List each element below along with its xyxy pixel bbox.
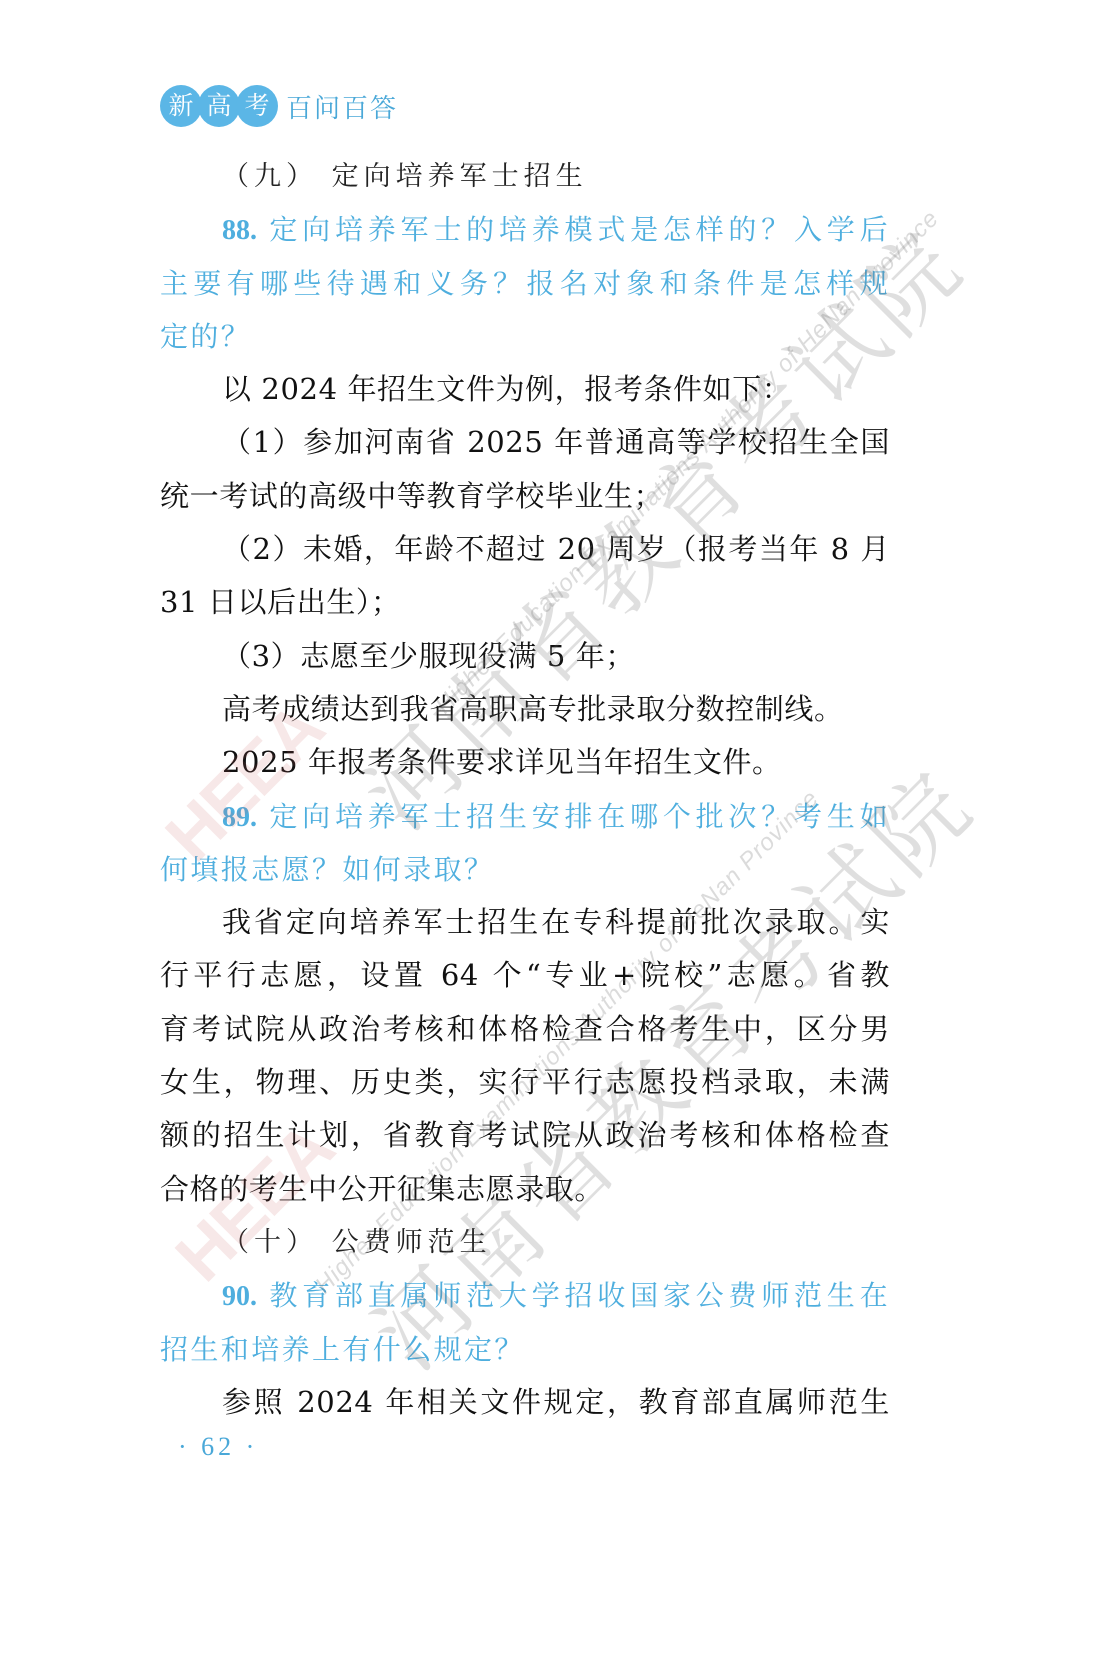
answer-88-line: 以 2024 年招生文件为例，报考条件如下： (160, 363, 890, 416)
series-badge: 新 高 考 (160, 85, 274, 127)
question-number: 89. (222, 802, 257, 833)
badge-circle-xin: 新 (160, 85, 202, 127)
question-text: 教育部直属师范大学招收国家公费师范生在 (267, 1279, 890, 1312)
question-89-line-1: 89.定向培养军士招生安排在哪个批次？考生如 (160, 790, 890, 843)
page-number: · 62 · (178, 1432, 258, 1462)
answer-89-line: 女生，物理、历史类，实行平行志愿投档录取，未满 (160, 1056, 890, 1109)
answer-90-line: 参照 2024 年相关文件规定，教育部直属师范生 (160, 1376, 890, 1429)
answer-88-line: 2025 年报考条件要求详见当年招生文件。 (160, 736, 890, 789)
document-page: 新 高 考 百问百答 （九） 定向培养军士招生 88.定向培养军士的培养模式是怎… (0, 0, 1102, 1654)
question-88-line-2: 主要有哪些待遇和义务？报名对象和条件是怎样规 (160, 257, 890, 310)
answer-89-line: 育考试院从政治考核和体格检查合格考生中，区分男 (160, 1003, 890, 1056)
answer-89-line: 行平行志愿，设置 64 个“专业+院校”志愿。省教 (160, 949, 890, 1002)
answer-88-line: 31 日以后出生）； (160, 576, 890, 629)
question-text: 定向培养军士的培养模式是怎样的？入学后 (267, 213, 890, 246)
section-heading-9: （九） 定向培养军士招生 (160, 150, 890, 203)
answer-88-line: （1）参加河南省 2025 年普通高等学校招生全国 (160, 416, 890, 469)
answer-88-line: 高考成绩达到我省高职高专批录取分数控制线。 (160, 683, 890, 736)
question-89-line-2: 何填报志愿？如何录取？ (160, 843, 890, 896)
section-heading-10: （十） 公费师范生 (160, 1216, 890, 1269)
answer-89-line: 额的招生计划，省教育考试院从政治考核和体格检查 (160, 1109, 890, 1162)
badge-circle-gao: 高 (198, 85, 240, 127)
book-header: 新 高 考 百问百答 (160, 84, 398, 128)
book-subtitle: 百问百答 (286, 88, 398, 125)
question-88-line-3: 定的？ (160, 310, 890, 363)
page-content: （九） 定向培养军士招生 88.定向培养军士的培养模式是怎样的？入学后 主要有哪… (160, 150, 890, 1429)
question-90-line-1: 90.教育部直属师范大学招收国家公费师范生在 (160, 1269, 890, 1322)
question-number: 90. (222, 1281, 257, 1312)
question-number: 88. (222, 215, 257, 246)
question-90-line-2: 招生和培养上有什么规定？ (160, 1323, 890, 1376)
answer-89-line: 合格的考生中公开征集志愿录取。 (160, 1163, 890, 1216)
answer-89-line: 我省定向培养军士招生在专科提前批次录取。实 (160, 896, 890, 949)
answer-88-line: （2）未婚，年龄不超过 20 周岁（报考当年 8 月 (160, 523, 890, 576)
badge-circle-kao: 考 (236, 85, 278, 127)
answer-88-line: 统一考试的高级中等教育学校毕业生； (160, 470, 890, 523)
answer-88-line: （3）志愿至少服现役满 5 年； (160, 630, 890, 683)
question-88-line-1: 88.定向培养军士的培养模式是怎样的？入学后 (160, 203, 890, 256)
question-text: 定向培养军士招生安排在哪个批次？考生如 (267, 800, 890, 833)
